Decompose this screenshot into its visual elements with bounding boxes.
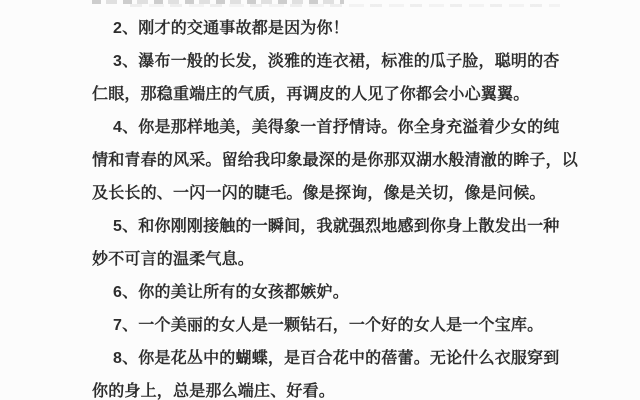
document-page: 2、刚才的交通事故都是因为你！3、瀑布一般的长发，淡雅的连衣裙，标准的瓜子脸，聪… (0, 0, 640, 400)
document-body: 2、刚才的交通事故都是因为你！3、瀑布一般的长发，淡雅的连衣裙，标准的瓜子脸，聪… (92, 12, 562, 400)
text-line: 及长长的、一闪一闪的睫毛。像是探询，像是关切，像是问候。 (92, 177, 562, 210)
text-line: 5、和你刚刚接触的一瞬间，我就强烈地感到你身上散发出一种 (92, 210, 562, 243)
text-line: 妙不可言的温柔气息。 (92, 243, 562, 276)
text-line: 6、你的美让所有的女孩都嫉妒。 (92, 276, 562, 309)
text-line: 2、刚才的交通事故都是因为你！ (92, 12, 562, 45)
text-line: 你的身上，总是那么端庄、好看。 (92, 375, 562, 400)
text-line: 情和青春的风采。留给我印象最深的是你那双湖水般清澈的眸子，以 (92, 144, 562, 177)
text-line: 7、一个美丽的女人是一颗钻石，一个好的女人是一个宝库。 (92, 309, 562, 342)
clipped-top-line-remnant-faint (130, 4, 560, 7)
text-line: 8、你是花丛中的蝴蝶，是百合花中的蓓蕾。无论什么衣服穿到 (92, 342, 562, 375)
text-line: 仁眼，那稳重端庄的气质，再调皮的人见了你都会小心翼翼。 (92, 78, 562, 111)
text-line: 3、瀑布一般的长发，淡雅的连衣裙，标准的瓜子脸，聪明的杏 (92, 45, 562, 78)
text-line: 4、你是那样地美，美得象一首抒情诗。你全身充溢着少女的纯 (92, 111, 562, 144)
